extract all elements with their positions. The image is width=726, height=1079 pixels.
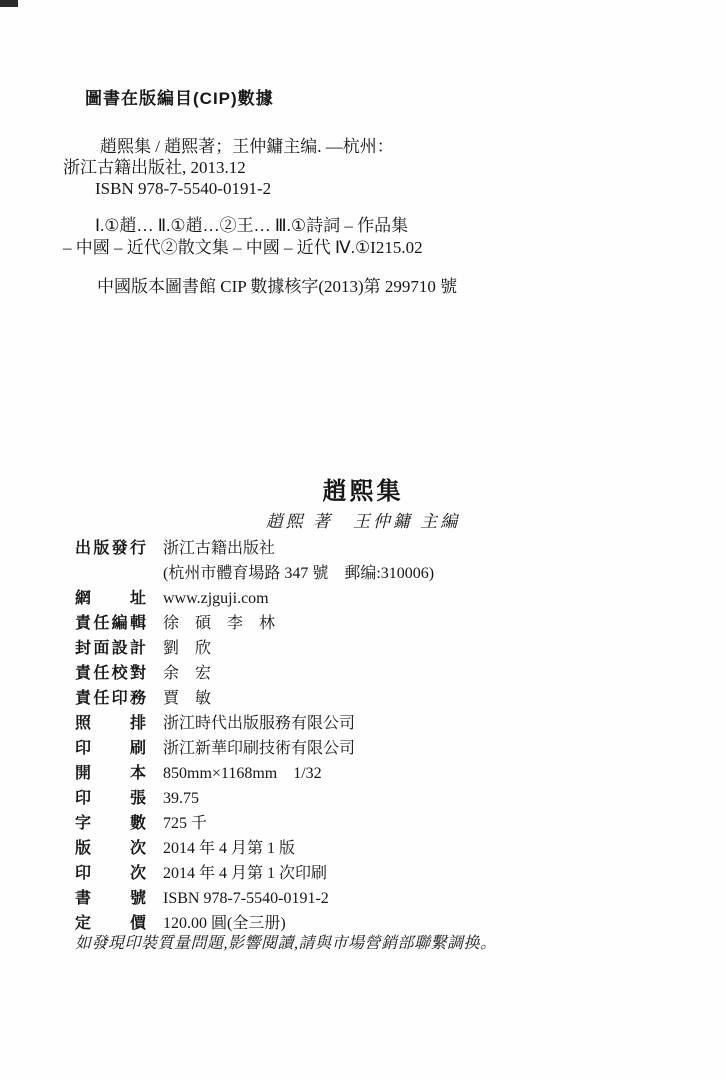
row-value: 2014 年 4 月第 1 版 xyxy=(163,840,295,857)
row-word-count: 字數725 千 xyxy=(75,811,726,836)
row-value: 2014 年 4 月第 1 次印刷 xyxy=(163,865,327,882)
row-value: 浙江新華印刷技術有限公司 xyxy=(163,740,355,757)
row-typesetting: 照排浙江時代出版服務有限公司 xyxy=(75,711,726,736)
row-value: 39.75 xyxy=(163,790,199,807)
cip-record-number: 中國版本圖書館 CIP 數據核字(2013)第 299710 號 xyxy=(97,276,533,297)
row-label: 印次 xyxy=(75,861,146,886)
row-edition: 版次2014 年 4 月第 1 版 xyxy=(75,836,726,861)
cip-entry-line-1: 趙熙集 / 趙熙著；王仲鏞主编. —杭州： xyxy=(100,136,533,157)
row-value: 850mm×1168mm 1/32 xyxy=(163,765,322,782)
row-label: 開本 xyxy=(75,761,146,786)
isbn-number: ISBN 978-7-5540-0191-2 xyxy=(163,890,329,907)
row-value: 余 宏 xyxy=(163,665,211,682)
row-label: 版次 xyxy=(75,836,146,861)
cip-entry-line-3: ISBN 978-7-5540-0191-2 xyxy=(95,178,533,199)
row-website: 網址www.zjguji.com xyxy=(75,586,726,611)
book-copyright-page: 圖書在版編目(CIP)數據 趙熙集 / 趙熙著；王仲鏞主编. —杭州： 浙江古籍… xyxy=(0,0,726,1079)
row-cover-design: 封面設計劉 欣 xyxy=(75,636,726,661)
row-printed-sheets: 印張39.75 xyxy=(75,786,726,811)
scan-corner-artifact xyxy=(0,0,18,7)
row-label: 照排 xyxy=(75,711,146,736)
row-responsible-editor: 責任編輯徐 碩 李 林 xyxy=(75,611,726,636)
row-publisher-address: 空格空格(杭州市體育場路 347 號 郵编:310006) xyxy=(75,561,726,586)
publisher-address: (杭州市體育場路 347 號 郵编:310006) xyxy=(163,565,434,582)
cip-classification-line-1: Ⅰ.①趙… Ⅱ.①趙…②王… Ⅲ.①詩詞 – 作品集 xyxy=(95,215,533,237)
row-label: 書號 xyxy=(75,886,146,911)
row-label: 字數 xyxy=(75,811,146,836)
row-print-supervisor: 責任印務賈 敏 xyxy=(75,686,726,711)
cip-block: 圖書在版編目(CIP)數據 趙熙集 / 趙熙著；王仲鏞主编. —杭州： 浙江古籍… xyxy=(63,88,533,297)
row-label: 印刷 xyxy=(75,736,146,761)
cip-classification-line-2: – 中國 – 近代②散文集 – 中國 – 近代 Ⅳ.①I215.02 xyxy=(63,237,533,259)
row-isbn: 書號ISBN 978-7-5540-0191-2 xyxy=(75,886,726,911)
row-proofreader: 責任校對余 宏 xyxy=(75,661,726,686)
row-label: 印張 xyxy=(75,786,146,811)
row-label: 責任校對 xyxy=(75,661,146,686)
cip-entry-line-2: 浙江古籍出版社, 2013.12 xyxy=(63,157,533,178)
website-url: www.zjguji.com xyxy=(163,590,269,607)
row-value: 劉 欣 xyxy=(163,640,211,657)
row-value: 浙江古籍出版社 xyxy=(163,540,275,557)
colophon-block: 趙熙集 趙熙 著 王仲鏞 主編 出版發行浙江古籍出版社 空格空格(杭州市體育場路… xyxy=(0,477,726,954)
book-title: 趙熙集 xyxy=(0,477,726,506)
row-printing: 印刷浙江新華印刷技術有限公司 xyxy=(75,736,726,761)
row-impression: 印次2014 年 4 月第 1 次印刷 xyxy=(75,861,726,886)
row-format: 開本850mm×1168mm 1/32 xyxy=(75,761,726,786)
row-value: 徐 碩 李 林 xyxy=(163,615,275,632)
byline: 趙熙 著 王仲鏞 主編 xyxy=(0,511,726,533)
quality-notice: 如發現印裝質量問題,影響閱讀,請與市場營銷部聯繫調换。 xyxy=(75,933,726,954)
row-value: 賈 敏 xyxy=(163,690,211,707)
cip-heading: 圖書在版編目(CIP)數據 xyxy=(85,88,533,110)
row-label: 封面設計 xyxy=(75,636,146,661)
row-publisher: 出版發行浙江古籍出版社 xyxy=(75,536,726,561)
row-label: 責任編輯 xyxy=(75,611,146,636)
row-label: 出版發行 xyxy=(75,536,146,561)
price-value: 120.00 圓(全三册) xyxy=(163,915,286,932)
row-value: 浙江時代出版服務有限公司 xyxy=(163,715,355,732)
colophon-rows: 出版發行浙江古籍出版社 空格空格(杭州市體育場路 347 號 郵编:310006… xyxy=(75,536,726,936)
row-label: 責任印務 xyxy=(75,686,146,711)
row-label: 網址 xyxy=(75,586,146,611)
row-value: 725 千 xyxy=(163,815,207,832)
